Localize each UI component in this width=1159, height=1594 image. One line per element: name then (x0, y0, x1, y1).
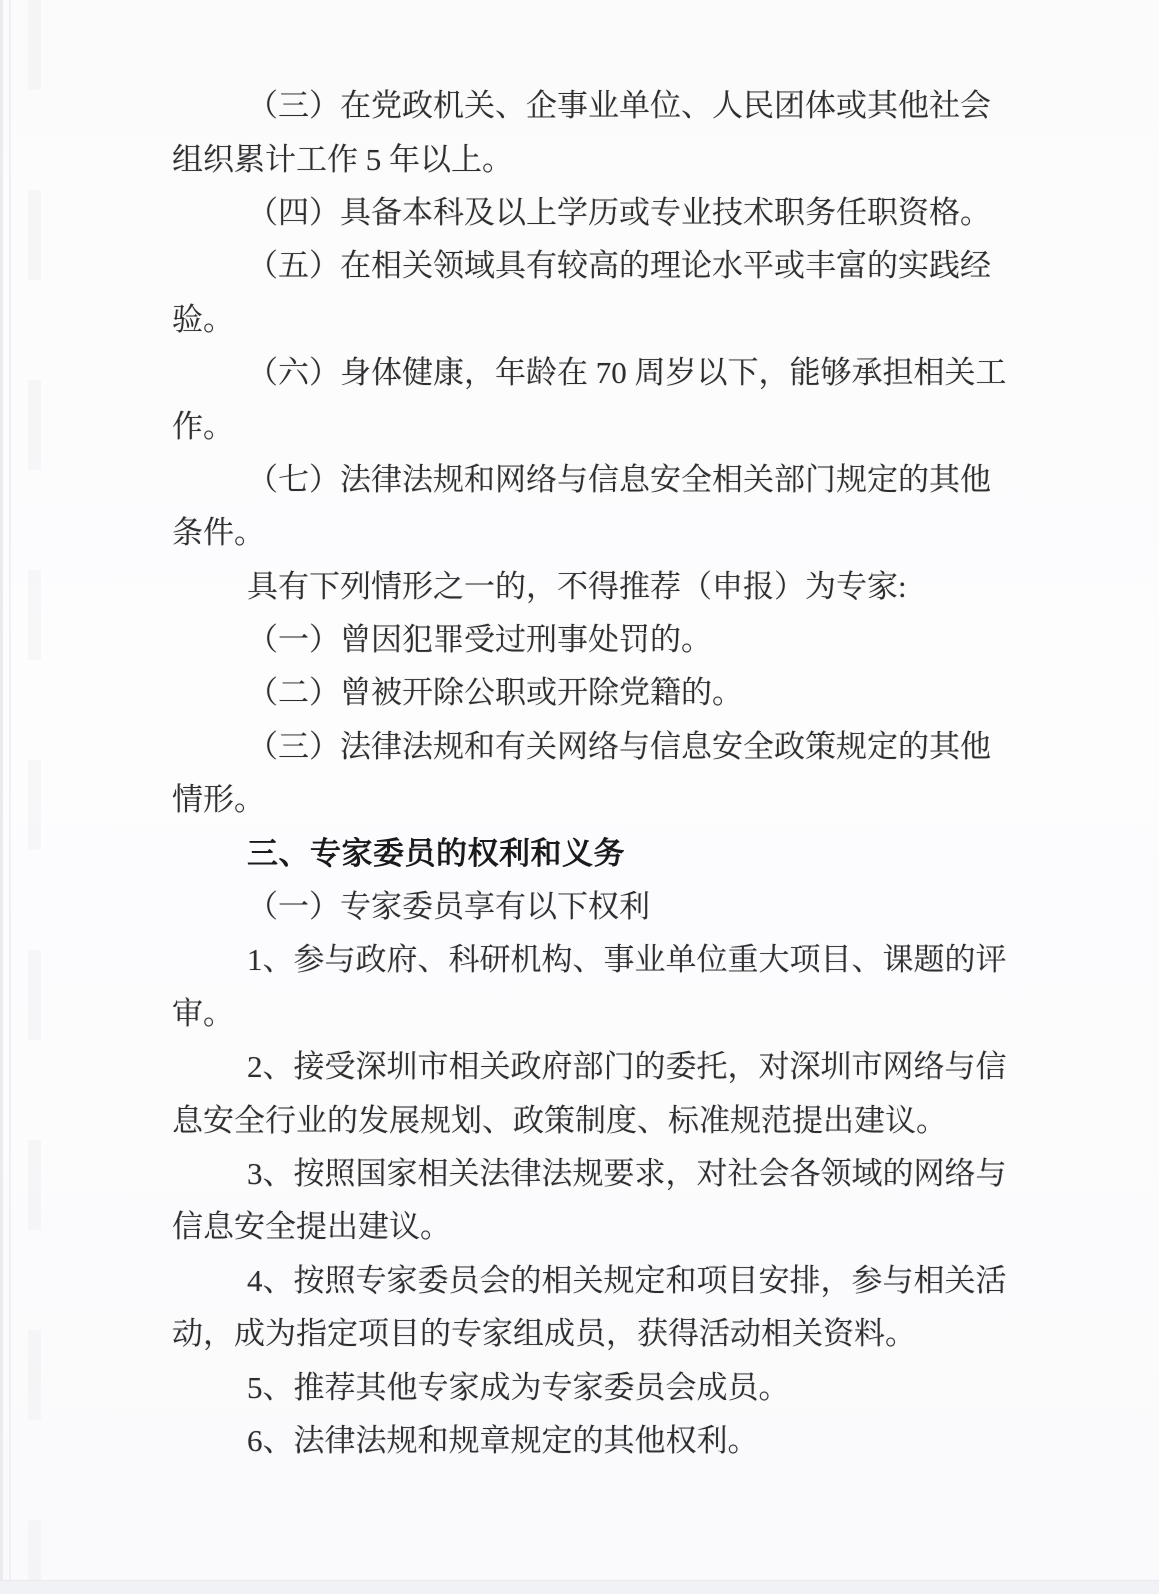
text-line: 条件。 (172, 503, 997, 556)
text-line: 2、接受深圳市相关政府部门的委托，对深圳市网络与信 (172, 1037, 997, 1090)
text-line: （四）具备本科及以上学历或专业技术职务任职资格。 (172, 183, 997, 236)
text-line: 具有下列情形之一的，不得推荐（申报）为专家: (172, 557, 997, 610)
text-line: （五）在相关领域具有较高的理论水平或丰富的实践经 (172, 236, 997, 289)
scan-edge-left-dashes (28, 0, 41, 1594)
text-line: 3、按照国家相关法律法规要求，对社会各领域的网络与 (172, 1144, 997, 1197)
text-line: 情形。 (172, 770, 997, 823)
text-line: 6、法律法规和规章规定的其他权利。 (172, 1411, 997, 1464)
text-line: （三）在党政机关、企事业单位、人民团体或其他社会 (172, 76, 997, 129)
text-line: 1、参与政府、科研机构、事业单位重大项目、课题的评 (172, 930, 997, 983)
text-line: 5、推荐其他专家成为专家委员会成员。 (172, 1357, 997, 1410)
text-line: 组织累计工作 5 年以上。 (172, 129, 997, 182)
text-line: （一）曾因犯罪受过刑事处罚的。 (172, 610, 997, 663)
text-line: 作。 (172, 396, 997, 449)
scan-edge-left-line-2 (9, 0, 11, 1594)
text-line: （二）曾被开除公职或开除党籍的。 (172, 663, 997, 716)
document-page: （三）在党政机关、企事业单位、人民团体或其他社会组织累计工作 5 年以上。（四）… (0, 0, 1159, 1594)
text-line: 审。 (172, 984, 997, 1037)
text-line: （三）法律法规和有关网络与信息安全政策规定的其他 (172, 717, 997, 770)
text-line: （七）法律法规和网络与信息安全相关部门规定的其他 (172, 450, 997, 503)
text-line: 信息安全提出建议。 (172, 1197, 997, 1250)
text-line: 4、按照专家委员会的相关规定和项目安排，参与相关活 (172, 1251, 997, 1304)
text-line: （六）身体健康，年龄在 70 周岁以下，能够承担相关工 (172, 343, 997, 396)
text-line: 验。 (172, 290, 997, 343)
text-line: （一）专家委员享有以下权利 (172, 877, 997, 930)
section-heading: 三、专家委员的权利和义务 (172, 823, 997, 876)
scan-edge-left-line (0, 0, 3, 1594)
text-line: 息安全行业的发展规划、政策制度、标准规范提出建议。 (172, 1090, 997, 1143)
text-line: 动，成为指定项目的专家组成员，获得活动相关资料。 (172, 1304, 997, 1357)
scan-edge-bottom (0, 1580, 1159, 1594)
document-body: （三）在党政机关、企事业单位、人民团体或其他社会组织累计工作 5 年以上。（四）… (172, 76, 997, 1464)
